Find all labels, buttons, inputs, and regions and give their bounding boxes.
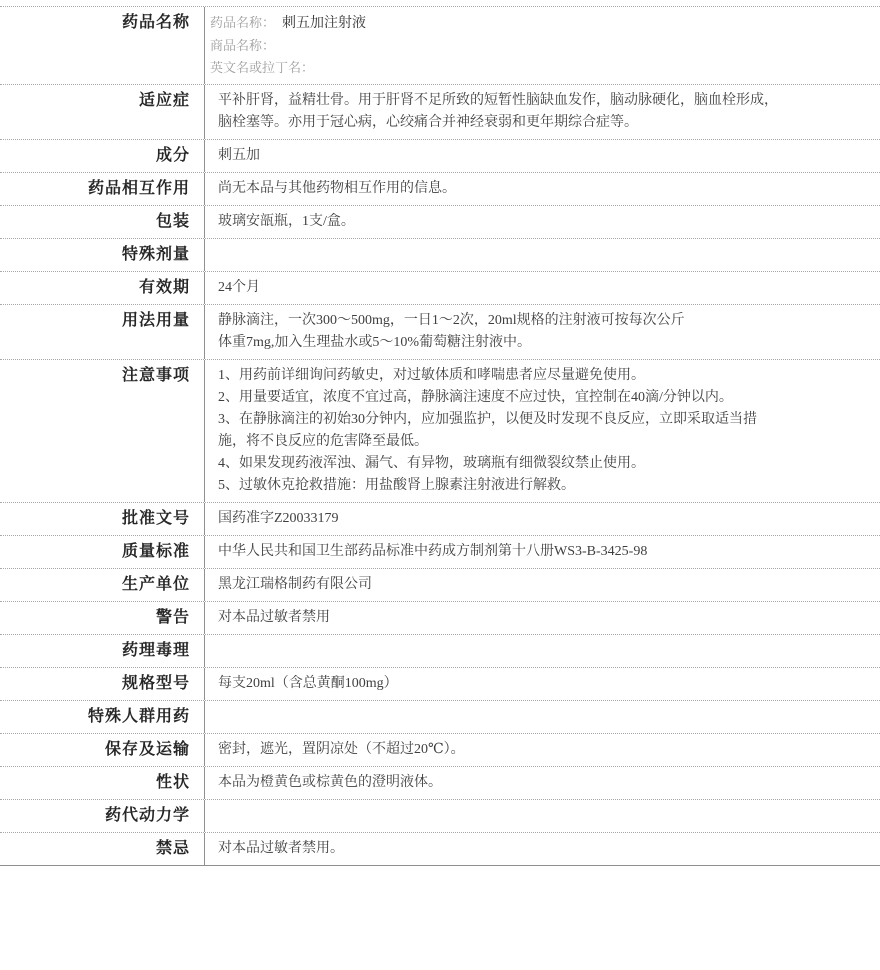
drug-info-table: 药品名称 药品名称：刺五加注射液 商品名称： 英文名或拉丁名： 适应症 平补肝肾… xyxy=(0,6,880,866)
row-label: 保存及运输 xyxy=(0,734,205,766)
table-row-packaging: 包装 玻璃安瓿瓶，1支/盒。 xyxy=(0,206,880,239)
row-label-drug-name: 药品名称 xyxy=(0,7,205,84)
row-value: 密封，遮光，置阴凉处（不超过20℃）。 xyxy=(205,734,880,766)
row-value xyxy=(205,239,880,271)
row-value: 1、用药前详细询问药敏史，对过敏体质和哮喘患者应尽量避免使用。 2、用量要适宜，… xyxy=(205,360,880,502)
table-row-storage-transport: 保存及运输 密封，遮光，置阴凉处（不超过20℃）。 xyxy=(0,734,880,767)
table-row-appearance: 性状 本品为橙黄色或棕黄色的澄明液体。 xyxy=(0,767,880,800)
row-label: 用法用量 xyxy=(0,305,205,359)
row-label: 性状 xyxy=(0,767,205,799)
row-value xyxy=(205,635,880,667)
row-value: 本品为橙黄色或棕黄色的澄明液体。 xyxy=(205,767,880,799)
row-value: 静脉滴注，一次300～500mg，一日1～2次，20ml规格的注射液可按每次公斤… xyxy=(205,305,880,359)
row-value: 尚无本品与其他药物相互作用的信息。 xyxy=(205,173,880,205)
row-label: 特殊人群用药 xyxy=(0,701,205,733)
table-row-quality-standard: 质量标准 中华人民共和国卫生部药品标准中药成方制剂第十八册WS3-B-3425-… xyxy=(0,536,880,569)
table-row-indications: 适应症 平补肝肾，益精壮骨。用于肝肾不足所致的短暂性脑缺血发作，脑动脉硬化，脑血… xyxy=(0,85,880,140)
row-value: 每支20ml（含总黄酮100mg） xyxy=(205,668,880,700)
table-row-precautions: 注意事项 1、用药前详细询问药敏史，对过敏体质和哮喘患者应尽量避免使用。 2、用… xyxy=(0,360,880,503)
drug-info-page: 药品名称 药品名称：刺五加注射液 商品名称： 英文名或拉丁名： 适应症 平补肝肾… xyxy=(0,0,880,970)
row-value xyxy=(205,800,880,832)
trade-name-label: 商品名称： xyxy=(210,35,866,57)
row-label: 药理毒理 xyxy=(0,635,205,667)
row-label: 包装 xyxy=(0,206,205,238)
english-name-label: 英文名或拉丁名： xyxy=(210,57,866,79)
row-value: 黑龙江瑞格制药有限公司 xyxy=(205,569,880,601)
table-row-dosage-usage: 用法用量 静脉滴注，一次300～500mg，一日1～2次，20ml规格的注射液可… xyxy=(0,305,880,360)
table-row-pharmacokinetics: 药代动力学 xyxy=(0,800,880,833)
table-row-special-population: 特殊人群用药 xyxy=(0,701,880,734)
row-value: 对本品过敏者禁用 xyxy=(205,602,880,634)
row-value: 中华人民共和国卫生部药品标准中药成方制剂第十八册WS3-B-3425-98 xyxy=(205,536,880,568)
row-label: 有效期 xyxy=(0,272,205,304)
table-row-specification: 规格型号 每支20ml（含总黄酮100mg） xyxy=(0,668,880,701)
row-value: 对本品过敏者禁用。 xyxy=(205,833,880,865)
table-row-manufacturer: 生产单位 黑龙江瑞格制药有限公司 xyxy=(0,569,880,602)
row-label: 特殊剂量 xyxy=(0,239,205,271)
table-row-warning: 警告 对本品过敏者禁用 xyxy=(0,602,880,635)
table-row-ingredients: 成分 刺五加 xyxy=(0,140,880,173)
table-row-special-dosage: 特殊剂量 xyxy=(0,239,880,272)
generic-name-value: 刺五加注射液 xyxy=(282,16,366,31)
row-label: 药代动力学 xyxy=(0,800,205,832)
table-row-contraindications: 禁忌 对本品过敏者禁用。 xyxy=(0,833,880,865)
row-label: 警告 xyxy=(0,602,205,634)
row-label: 禁忌 xyxy=(0,833,205,865)
row-value: 国药准字Z20033179 xyxy=(205,503,880,535)
row-label: 质量标准 xyxy=(0,536,205,568)
generic-name-label: 药品名称： xyxy=(210,15,275,30)
row-label: 生产单位 xyxy=(0,569,205,601)
row-value: 玻璃安瓿瓶，1支/盒。 xyxy=(205,206,880,238)
table-row-pharmacology-toxicology: 药理毒理 xyxy=(0,635,880,668)
row-value: 24个月 xyxy=(205,272,880,304)
row-value-drug-name: 药品名称：刺五加注射液 商品名称： 英文名或拉丁名： xyxy=(205,7,880,84)
table-row-drug-interactions: 药品相互作用 尚无本品与其他药物相互作用的信息。 xyxy=(0,173,880,206)
row-label: 成分 xyxy=(0,140,205,172)
row-label: 批准文号 xyxy=(0,503,205,535)
row-value: 平补肝肾，益精壮骨。用于肝肾不足所致的短暂性脑缺血发作，脑动脉硬化，脑血栓形成，… xyxy=(205,85,880,139)
row-label: 药品相互作用 xyxy=(0,173,205,205)
table-row-shelf-life: 有效期 24个月 xyxy=(0,272,880,305)
table-row-approval-number: 批准文号 国药准字Z20033179 xyxy=(0,503,880,536)
row-value: 刺五加 xyxy=(205,140,880,172)
row-label: 注意事项 xyxy=(0,360,205,502)
row-label: 适应症 xyxy=(0,85,205,139)
row-label: 规格型号 xyxy=(0,668,205,700)
generic-name-line: 药品名称：刺五加注射液 xyxy=(210,12,866,35)
row-value xyxy=(205,701,880,733)
table-row-drug-name: 药品名称 药品名称：刺五加注射液 商品名称： 英文名或拉丁名： xyxy=(0,7,880,85)
